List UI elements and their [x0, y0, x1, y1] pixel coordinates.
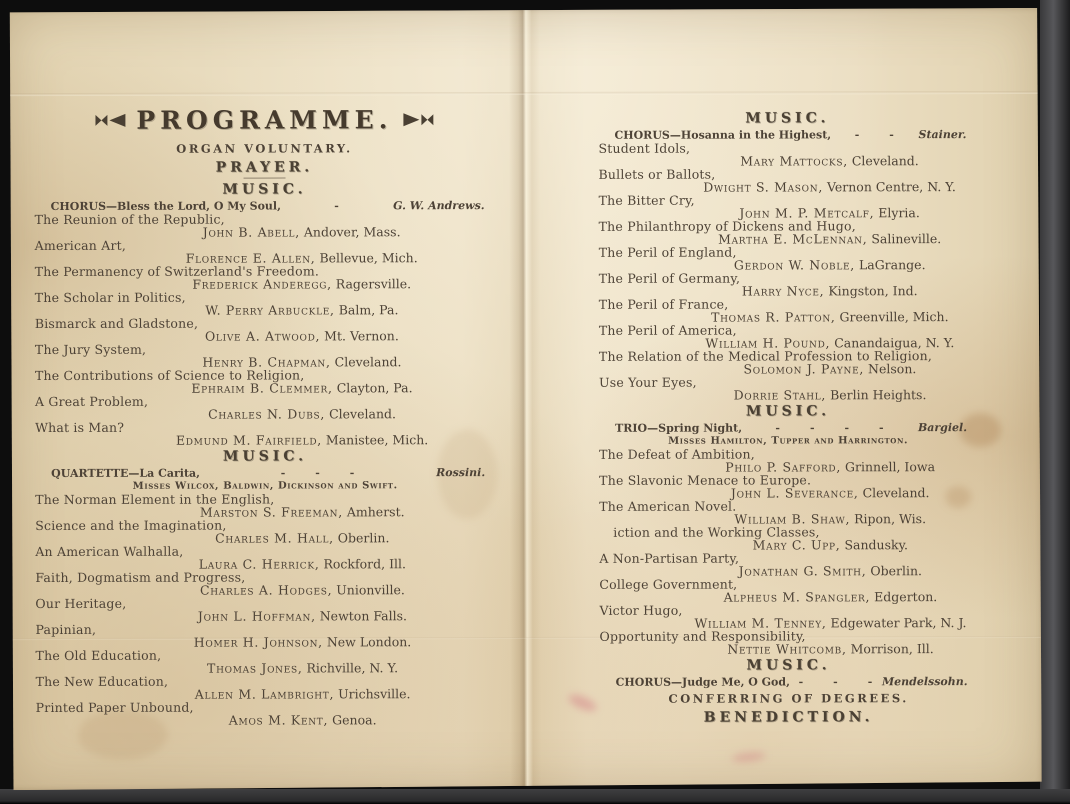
speaker-place: Urichsville. [338, 686, 410, 701]
speaker-place: Amherst. [347, 504, 405, 519]
performers-line: Misses Wilcox, Baldwin, Dickinson and Sw… [35, 480, 495, 492]
speaker-name: Amos M. Kent, [229, 712, 328, 727]
music-dashes: - - - - [742, 421, 918, 434]
backdrop-right-strip [1040, 0, 1070, 804]
speaker-name: Charles N. Dubs, [208, 406, 325, 421]
oration-item: Opportunity and Responsibility,Nettie Wh… [599, 630, 977, 656]
speaker-name: Edmund M. Fairfield, [176, 432, 322, 447]
backdrop-bottom-strip [0, 789, 1070, 804]
oration-speaker: Amos M. Kent, Genoa. [36, 714, 496, 727]
speaker-name: Homer H. Johnson, [194, 634, 323, 649]
ornate-heading: PRAYER. [34, 159, 494, 176]
music-line: QUARTETTE—La Carita,- - -Rossini. [35, 466, 495, 480]
oration-item: The Defeat of Ambition,Philo P. Safford,… [599, 448, 977, 474]
speaker-place: Oberlin. [870, 563, 922, 578]
oration-item: Use Your Eyes,Dorrie Stahl, Berlin Heigh… [599, 376, 977, 402]
speaker-name: Thomas Jones, [207, 660, 303, 675]
speaker-place: Ripon, Wis. [854, 511, 926, 526]
oration-item: An American Walhalla,Laura C. Herrick, R… [35, 545, 495, 571]
oration-item: The Peril of England,Gerdon W. Noble, La… [599, 246, 977, 272]
speaker-place: Cleveland. [863, 485, 930, 500]
ornate-heading: MUSIC. [598, 110, 976, 127]
oration-item: The Permanency of Switzerland's Freedom.… [35, 265, 495, 291]
speaker-place: Cleveland. [852, 153, 919, 168]
speaker-place: Mt. Vernon. [324, 328, 399, 343]
oration-item: Victor Hugo,William M. Tenney, Edgewater… [599, 604, 977, 630]
music-composer: Stainer. [918, 128, 966, 141]
right-page-column: MUSIC.CHORUS—Hosanna in the Highest,- -S… [598, 108, 977, 728]
speaker-name: W. Perry Arbuckle, [205, 302, 335, 317]
speaker-place: Edgewater Park, N. J. [831, 615, 967, 630]
oration-item: Papinian,Homer H. Johnson, New London. [35, 623, 495, 649]
speaker-place: Balm, Pa. [339, 302, 399, 317]
speaker-place: Bellevue, Mich. [319, 250, 417, 265]
photo-background: { "document_type": "commencement-program… [0, 0, 1070, 804]
speaker-place: Ragersville. [336, 276, 411, 291]
oration-item: A Non-Partisan Party,Jonathan G. Smith, … [599, 552, 977, 578]
oration-item: The Reunion of the Republic,John B. Abel… [35, 213, 495, 239]
speaker-name: Charles M. Hall, [215, 530, 334, 545]
speaker-name: Nettie Whitcomb, [727, 641, 846, 656]
oration-item: College Government,Alpheus M. Spangler, … [599, 578, 977, 604]
speaker-place: Berlin Heights. [830, 387, 926, 402]
speaker-name: Martha E. McLennan, [718, 231, 867, 246]
ornate-heading: MUSIC. [600, 657, 978, 674]
oration-item: The Jury System,Henry B. Chapman, Clevel… [35, 343, 495, 369]
performers-line: Misses Hamilton, Tupper and Harrington. [599, 435, 977, 447]
music-dashes: - - [831, 128, 918, 141]
speaker-name: Olive A. Atwood, [205, 328, 320, 343]
oration-item: The Slavonic Menace to Europe.John L. Se… [599, 474, 977, 500]
speaker-place: Salineville. [871, 231, 941, 246]
oration-speaker: John L. Hoffman, Newton Falls. [35, 610, 495, 623]
music-piece-title: QUARTETTE—La Carita, [51, 467, 200, 480]
speaker-place: Manistee, Mich. [326, 432, 428, 447]
speaker-name: Frederick Anderegg, [192, 276, 331, 291]
oration-item: The Scholar in Politics,W. Perry Arbuckl… [35, 291, 495, 317]
speaker-place: Genoa. [332, 712, 376, 727]
oration-item: A Great Problem,Charles N. Dubs, Clevela… [35, 395, 495, 421]
speaker-name: Allen M. Lambright, [195, 686, 334, 701]
oration-item: The Norman Element in the English,Marsto… [35, 493, 495, 519]
ornate-heading: MUSIC. [35, 448, 495, 465]
title-ornament-right-icon [401, 112, 433, 127]
speaker-place: Clayton, Pa. [337, 380, 413, 395]
music-composer: Bargiel. [918, 421, 967, 434]
speaker-place: Vernon Centre, N. Y. [827, 179, 956, 194]
music-dashes: - [281, 199, 393, 212]
speaker-place: Greenville, Mich. [840, 309, 949, 324]
oration-item: The Bitter Cry,John M. P. Metcalf, Elyri… [599, 194, 977, 220]
speaker-name: Charles A. Hodges, [200, 582, 332, 597]
oration-item: Printed Paper Unbound,Amos M. Kent, Geno… [36, 701, 496, 727]
speaker-name: Dwight S. Mason, [703, 179, 823, 194]
programme-title: PROGRAMME. [136, 105, 392, 135]
oration-item: American Art,Florence E. Allen, Bellevue… [35, 239, 495, 265]
oration-item: What is Man?Edmund M. Fairfield, Maniste… [35, 421, 495, 447]
music-composer: Mendelssohn. [882, 675, 968, 688]
horizontal-crease [6, 91, 1040, 96]
speaker-place: Edgerton. [874, 589, 937, 604]
oration-item: The Contributions of Science to Religion… [35, 369, 495, 395]
oration-item: The New Education,Allen M. Lambright, Ur… [36, 675, 496, 701]
speaker-name: Mary Mattocks, [740, 153, 848, 168]
speaker-name: Solomon J. Payne, [743, 361, 864, 376]
speaker-name: Jonathan G. Smith, [739, 563, 867, 578]
oration-item: The Peril of America,William H. Pound, C… [599, 324, 977, 350]
speaker-place: Cleveland. [335, 354, 402, 369]
oration-item: The Old Education,Thomas Jones, Richvill… [36, 649, 496, 675]
oration-item: The American Novel.William B. Shaw, Ripo… [599, 500, 977, 526]
oration-speaker: Edmund M. Fairfield, Manistee, Mich. [35, 434, 495, 447]
speaker-place: Newton Falls. [320, 608, 407, 623]
oration-item: Student Idols,Mary Mattocks, Cleveland. [598, 142, 976, 168]
speaker-place: Richville, N. Y. [306, 660, 398, 675]
speaker-name: John B. Abell, [203, 224, 300, 239]
speaker-place: Unionville. [336, 582, 405, 597]
speaker-name: Gerdon W. Noble, [734, 257, 855, 272]
music-composer: Rossini. [436, 466, 485, 479]
oration-item: The Peril of France,Thomas R. Patton, Gr… [599, 298, 977, 324]
speaker-place: LaGrange. [859, 257, 926, 272]
music-line: TRIO—Spring Night,- - - -Bargiel. [599, 421, 977, 435]
oration-speaker: Dorrie Stahl, Berlin Heights. [599, 389, 977, 402]
ornate-heading: MUSIC. [35, 181, 495, 198]
music-dashes: - - - [790, 675, 882, 688]
speaker-place: Andover, Mass. [304, 224, 401, 239]
programme-leaflet: PROGRAMME.ORGAN VOLUNTARY.PRAYER.MUSIC.C… [6, 8, 1042, 790]
music-piece-title: CHORUS—Judge Me, O God, [616, 675, 790, 688]
speaker-place: Sandusky. [844, 537, 908, 552]
speaker-place: Grinnell, Iowa [845, 459, 935, 474]
speaker-place: Elyria. [878, 205, 920, 220]
music-line: CHORUS—Judge Me, O God,- - -Mendelssohn. [600, 675, 978, 689]
oration-item: Bismarck and Gladstone,Olive A. Atwood, … [35, 317, 495, 343]
music-piece-title: TRIO—Spring Night, [615, 422, 742, 435]
title-ornament-left-icon [95, 113, 127, 128]
oration-item: Faith, Dogmatism and Progress,Charles A.… [35, 571, 495, 597]
speaker-name: John L. Severance, [731, 485, 859, 500]
oration-item: The Relation of the Medical Profession t… [599, 350, 977, 376]
speaker-name: Alpheus M. Spangler, [724, 589, 871, 604]
speaker-place: Nelson. [868, 361, 916, 376]
oration-item: Science and the Imagination,Charles M. H… [35, 519, 495, 545]
speaker-place: Cleveland. [329, 406, 396, 421]
oration-item: iction and the Working Classes,Mary C. U… [599, 526, 977, 552]
speaker-place: Kingston, Ind. [828, 283, 917, 298]
programme-title-row: PROGRAMME. [34, 105, 494, 135]
ceremony-heading: CONFERRING OF DEGREES. [600, 691, 978, 706]
ornate-heading: BENEDICTION. [600, 709, 978, 726]
speaker-place: Morrison, Ill. [851, 641, 934, 656]
heading-rule [244, 177, 286, 178]
ink-mark [566, 691, 598, 714]
ceremony-heading: ORGAN VOLUNTARY. [34, 141, 494, 156]
speaker-place: New London. [327, 634, 411, 649]
music-composer: G. W. Andrews. [393, 199, 485, 212]
speaker-name: Ephraim B. Clemmer, [191, 380, 332, 395]
speaker-name: Mary C. Upp, [753, 537, 841, 552]
oration-item: Bullets or Ballots,Dwight S. Mason, Vern… [599, 168, 977, 194]
oration-item: The Peril of Germany,Harry Nyce, Kingsto… [599, 272, 977, 298]
left-page-column: PROGRAMME.ORGAN VOLUNTARY.PRAYER.MUSIC.C… [34, 105, 495, 728]
ornate-heading: MUSIC. [599, 403, 977, 420]
speaker-place: Rockford, Ill. [323, 556, 406, 571]
speaker-name: Dorrie Stahl, [734, 387, 827, 402]
oration-item: Our Heritage,John L. Hoffman, Newton Fal… [35, 597, 495, 623]
oration-speaker: Nettie Whitcomb, Morrison, Ill. [600, 643, 978, 656]
music-dashes: - - - [200, 466, 436, 479]
speaker-name: Harry Nyce, [742, 283, 824, 298]
oration-item: The Philanthropy of Dickens and Hugo,Mar… [599, 220, 977, 246]
ink-mark [731, 751, 766, 764]
speaker-name: John L. Hoffman, [198, 608, 316, 623]
speaker-place: Oberlin. [338, 530, 390, 545]
